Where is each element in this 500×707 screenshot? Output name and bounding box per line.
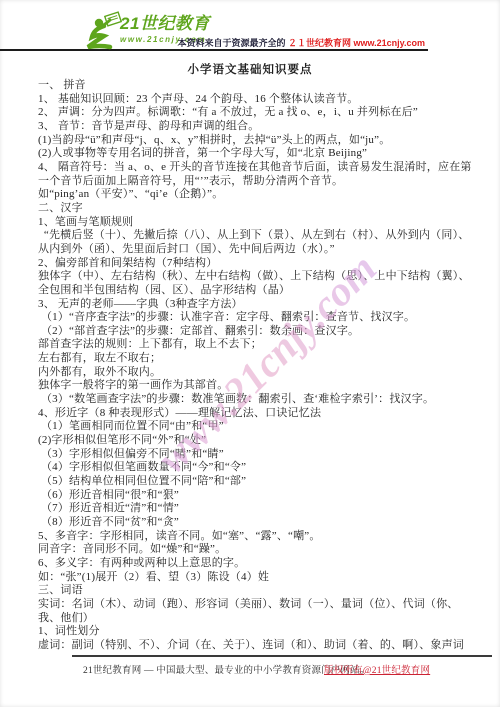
logo-brand-text: 21世纪教育 xyxy=(120,15,210,33)
text-line: 实词：名词（木）、动词（跑）、形容词（美丽）、数词（一）、量词（位）、代词（你、 xyxy=(38,598,478,612)
text-line: （2）“部首查字法”的步骤：定部首、翻索引：数余画：查汉字。 xyxy=(38,325,478,339)
text-line: 二、汉字 xyxy=(38,202,478,216)
text-line: （1）笔画相同而位置不同“由”和“甲” xyxy=(38,420,478,434)
text-line: （1）“音序查字法”的步骤：认准字音：定字母、翻索引：查音节、找汉字。 xyxy=(38,311,478,325)
text-line: 部首查字法的规则：上下都有，取上不去下； xyxy=(38,338,478,352)
text-line: 三、词语 xyxy=(38,584,478,598)
text-line: （7）形近音相近“清”和“情” xyxy=(38,502,478,516)
text-line: 独体字（中）、左右结构（秋）、左中右结构（做）、上下结构（思）、上中下结构（翼）… xyxy=(38,270,478,284)
text-line: 1、笔画与笔顺规则 xyxy=(38,216,478,230)
text-line: 4、形近字（8 种表现形式）——理解记忆法、口诀记忆法 xyxy=(38,407,478,421)
text-line: “先横后竖（十）、先撇后捺（八）、从上到下（景）、从左到右（村）、从外到内（同）… xyxy=(38,229,478,243)
page-title: 小学语文基础知识要点 xyxy=(0,61,500,77)
tagline-site-link[interactable]: ２１世纪教育网 www.21cnjy.com xyxy=(288,38,425,48)
tagline-prefix: 本资料来自于资源最齐全的 xyxy=(177,38,285,48)
text-line: （5）结构单位相同但位置不同“陪”和“部” xyxy=(38,475,478,489)
text-line: 6、多义字：有两种或两种以上意思的字。 xyxy=(38,557,478,571)
text-line: (2)字形相似但笔形不同“外”和“处” xyxy=(38,434,478,448)
text-line: 全包围和半包围结构（园、区）、品字形结构（晶） xyxy=(38,284,478,298)
text-line: 2、偏旁部首和间架结构（7种结构） xyxy=(38,257,478,271)
document-body: 一、 拼音1、 基础知识回顾：23 个声母、24 个韵母、16 个整体认读音节。… xyxy=(38,79,478,653)
text-line: 3、 音节：音节是声母、韵母和声调的组合。 xyxy=(38,120,478,134)
text-line: 我、他们） xyxy=(38,612,478,626)
text-line: 一、 拼音 xyxy=(38,79,478,93)
footer-copyright-link[interactable]: 版权所有@21世纪教育网 xyxy=(324,662,430,676)
footer-divider xyxy=(72,655,492,657)
text-line: 独体字一般将字的第一画作为其部首。 xyxy=(38,379,478,393)
text-line: （3）字形相似但偏旁不同“晴”和“睛” xyxy=(38,448,478,462)
text-line: （8）形近音不同“贫”和“贪” xyxy=(38,516,478,530)
text-line: （3）“数笔画查字法”的步骤：数准笔画数：翻索引、查‘难检字索引’：找汉字。 xyxy=(38,393,478,407)
text-line: 2、 声调：分为四声。标调歌：“有 a 不放过，无 a 找 o、e，i、u 并列… xyxy=(38,106,478,120)
text-line: 从内到外（函）、先里面后封口（国）、先中间后两边（水）。” xyxy=(38,243,478,257)
text-line: (1)当韵母“ü”和声母“j、q、x、y”相拼时，去掉“ü”头上的两点，如“ju… xyxy=(38,134,478,148)
text-line: (2)人或事物等专用名词的拼音，第一个字母大写，如“北京 Beijing” xyxy=(38,147,478,161)
text-line: 3、 无声的老师——字典（3种查字方法） xyxy=(38,298,478,312)
text-line: 如：“张”(1)展开（2）看、望（3）陈设（4）姓 xyxy=(38,571,478,585)
document-page: 21世纪教育 www.21cnjy.com 本资料来自于资源最齐全的 ２１世纪教… xyxy=(0,0,500,707)
text-line: 1、 基础知识回顾：23 个声母、24 个韵母、16 个整体认读音节。 xyxy=(38,93,478,107)
text-line: （4）字形相似但笔画数量不同“今”和“令” xyxy=(38,461,478,475)
text-line: 同音字：音同形不同。如“燥”和“躁”。 xyxy=(38,543,478,557)
text-line: 虚词：副词（特别、不）、介词（在、关于）、连词（和）、助词（着、的、啊）、象声词 xyxy=(38,639,478,653)
text-line: 5、多音字：字形相同，读音不同。如“塞”、“露”、“嘲”。 xyxy=(38,530,478,544)
text-line: 4、 隔音符号：当 a、o、e 开头的音节连接在其他音节后面，读音易发生混淆时，… xyxy=(38,161,478,175)
header-tagline: 本资料来自于资源最齐全的 ２１世纪教育网 www.21cnjy.com xyxy=(177,36,425,49)
text-line: （6）形近音相同“很”和“狠” xyxy=(38,489,478,503)
text-line: 1、词性划分 xyxy=(38,625,478,639)
text-line: 内外都有，取外不取内。 xyxy=(38,366,478,380)
text-line: 左右都有，取左不取右； xyxy=(38,352,478,366)
text-line: 如“ping’an（平安）”、“qi’e（企鹅）”。 xyxy=(38,188,478,202)
text-line: 一个音节后面加上隔音符号，用“’”表示，帮助分清两个音节。 xyxy=(38,175,478,189)
